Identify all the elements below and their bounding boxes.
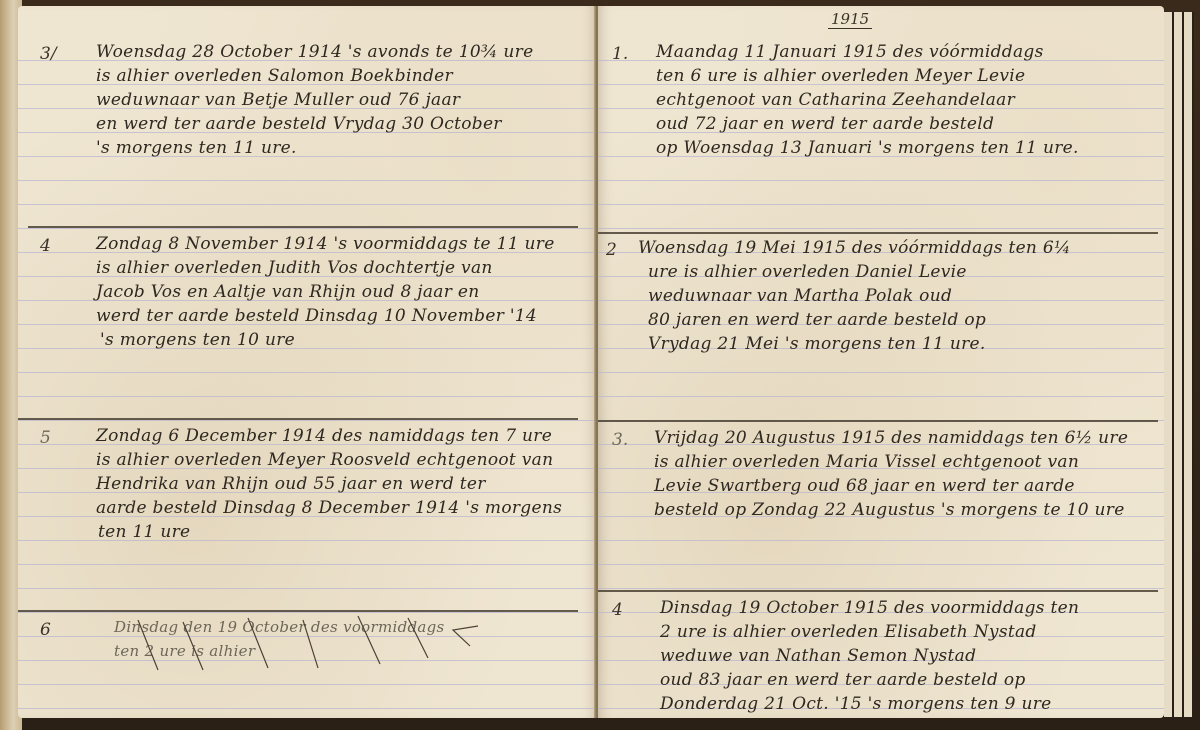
- entry-divider: [28, 226, 578, 228]
- entry-line: ten 11 ure: [98, 522, 190, 542]
- entry-line: oud 72 jaar en werd ter aarde besteld: [656, 114, 994, 134]
- entry-line: is alhier overleden Maria Vissel echtgen…: [654, 452, 1079, 472]
- entry-line: Donderdag 21 Oct. '15 's morgens ten 9 u…: [660, 694, 1052, 714]
- strike-marks: [108, 612, 508, 672]
- entry-line: 's morgens ten 11 ure.: [96, 138, 297, 158]
- entry-line: weduwnaar van Martha Polak oud: [648, 286, 952, 306]
- entry-line: 's morgens ten 10 ure: [100, 330, 295, 350]
- entry-line: besteld op Zondag 22 Augustus 's morgens…: [654, 500, 1125, 520]
- entry-line: is alhier overleden Judith Vos dochtertj…: [96, 258, 493, 278]
- entry-line: Maandag 11 Januari 1915 des vóórmiddags: [656, 42, 1044, 62]
- entry-number: 3.: [612, 430, 628, 450]
- entry-number: 1.: [612, 44, 628, 64]
- entry-number: 5: [40, 428, 51, 448]
- entry-line: op Woensdag 13 Januari 's morgens ten 11…: [656, 138, 1079, 158]
- entry-line: weduwe van Nathan Semon Nystad: [660, 646, 976, 666]
- ledger-photo: 3/ Woensdag 28 October 1914 's avonds te…: [0, 0, 1200, 730]
- entry-line: Woensdag 28 October 1914 's avonds te 10…: [96, 42, 533, 62]
- entry-divider: [598, 232, 1158, 234]
- entry-number: 4: [612, 600, 623, 620]
- entry-divider: [598, 590, 1158, 592]
- entry-line: Dinsdag 19 October 1915 des voormiddags …: [660, 598, 1079, 618]
- entry-line: ten 6 ure is alhier overleden Meyer Levi…: [656, 66, 1025, 86]
- entry-divider: [18, 418, 578, 420]
- left-page: 3/ Woensdag 28 October 1914 's avonds te…: [18, 6, 596, 718]
- entry-line: Zondag 6 December 1914 des namiddags ten…: [96, 426, 552, 446]
- entry-line: aarde besteld Dinsdag 8 December 1914 's…: [96, 498, 562, 518]
- entry-line: 80 jaren en werd ter aarde besteld op: [648, 310, 986, 330]
- entry-number: 3/: [40, 44, 57, 64]
- entry-line: en werd ter aarde besteld Vrydag 30 Octo…: [96, 114, 502, 134]
- entry-line: Jacob Vos en Aaltje van Rhijn oud 8 jaar…: [96, 282, 479, 302]
- entry-line: werd ter aarde besteld Dinsdag 10 Novemb…: [96, 306, 537, 326]
- entry-number: 4: [40, 236, 51, 256]
- right-page: 1915 1. Maandag 11 Januari 1915 des vóór…: [598, 6, 1164, 718]
- entry-line: Zondag 8 November 1914 's voormiddags te…: [96, 234, 555, 254]
- entry-line: is alhier overleden Salomon Boekbinder: [96, 66, 453, 86]
- entry-line: 2 ure is alhier overleden Elisabeth Nyst…: [660, 622, 1037, 642]
- entry-divider: [598, 420, 1158, 422]
- entry-line: Vrijdag 20 Augustus 1915 des namiddags t…: [654, 428, 1128, 448]
- entry-line: echtgenoot van Catharina Zeehandelaar: [656, 90, 1015, 110]
- entry-line: Hendrika van Rhijn oud 55 jaar en werd t…: [96, 474, 486, 494]
- page-year-header: 1915: [828, 10, 872, 29]
- entry-line: is alhier overleden Meyer Roosveld echtg…: [96, 450, 553, 470]
- entry-line: ure is alhier overleden Daniel Levie: [648, 262, 967, 282]
- entry-line: Woensdag 19 Mei 1915 des vóórmiddags ten…: [638, 238, 1071, 258]
- page-stack-edges: [1164, 12, 1200, 717]
- entry-line: Levie Swartberg oud 68 jaar en werd ter …: [654, 476, 1075, 496]
- entry-number: 6: [40, 620, 51, 640]
- entry-line: weduwnaar van Betje Muller oud 76 jaar: [96, 90, 460, 110]
- entry-line: oud 83 jaar en werd ter aarde besteld op: [660, 670, 1026, 690]
- entry-line: Vrydag 21 Mei 's morgens ten 11 ure.: [648, 334, 986, 354]
- entry-number: 2: [606, 240, 617, 260]
